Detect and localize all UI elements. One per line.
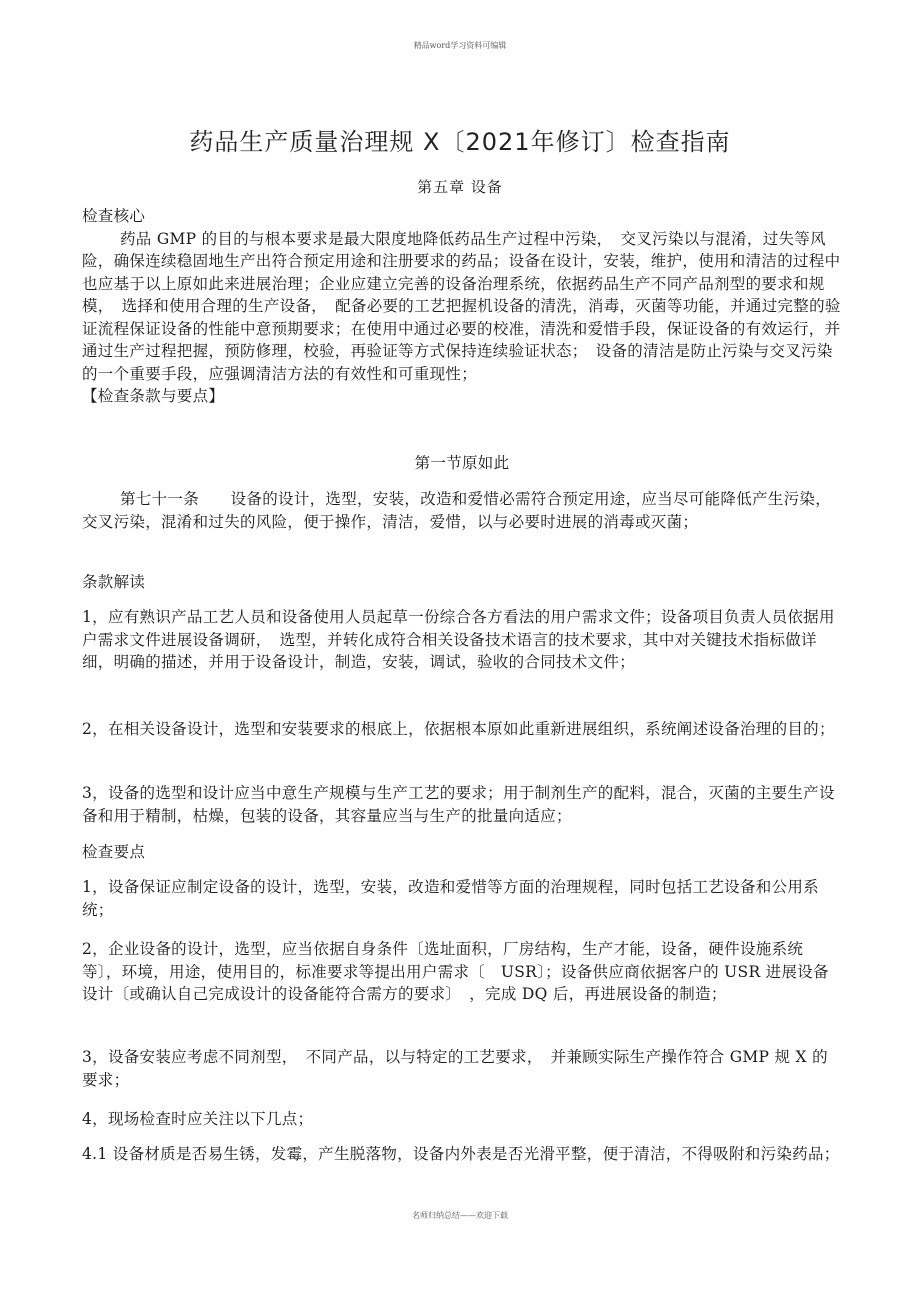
core-heading: 检查核心 — [82, 205, 842, 228]
inspection-item: 4，现场检查时应关注以下几点； — [82, 1108, 842, 1131]
inspection-item: 3，设备安装应考虑不同剂型， 不同产品，以与特定的工艺要求， 并兼顾实际生产操作… — [82, 1046, 842, 1091]
interpretation-item: 3，设备的选型和设计应当中意生产规模与生产工艺的要求；用于制剂生产的配料，混合，… — [82, 782, 842, 827]
page-header: 精品word学习资料可编辑 — [0, 40, 920, 51]
core-section: 检查核心 药品 GMP 的目的与根本要求是最大限度地降低药品生产过程中污染， 交… — [82, 205, 842, 408]
interpretation-item: 2，在相关设备设计，选型和安装要求的根底上，依据根本原如此重新进展组织，系统阐述… — [82, 718, 842, 741]
core-paragraph: 药品 GMP 的目的与根本要求是最大限度地降低药品生产过程中污染， 交叉污染以与… — [82, 228, 842, 386]
article-text: 第七十一条 设备的设计，选型，安装，改造和爱惜必需符合预定用途，应当尽可能降低产… — [82, 488, 842, 533]
article-71: 第七十一条 设备的设计，选型，安装，改造和爱惜必需符合预定用途，应当尽可能降低产… — [82, 488, 842, 533]
inspection-item: 2，企业设备的设计，选型，应当依据自身条件〔选址面积，厂房结构，生产才能，设备，… — [82, 938, 842, 1006]
page-footer: 名师归纳总结——欢迎下载 — [0, 1210, 920, 1221]
inspection-item: 4.1 设备材质是否易生锈，发霉，产生脱落物，设备内外表是否光滑平整，便于清洁，… — [82, 1143, 842, 1166]
interpretation-heading: 条款解读 — [82, 571, 842, 594]
interpretation-item: 1，应有熟识产品工艺人员和设备使用人员起草一份综合各方看法的用户需求文件；设备项… — [82, 606, 842, 674]
chapter-heading: 第五章 设备 — [0, 176, 920, 197]
section-title: 第一节原如此 — [82, 452, 842, 475]
clauses-heading: 【检查条款与要点】 — [82, 385, 842, 408]
inspection-heading: 检查要点 — [82, 841, 842, 864]
document-title: 药品生产质量治理规 X〔2021年修订〕检查指南 — [0, 122, 920, 157]
document-page: 精品word学习资料可编辑 药品生产质量治理规 X〔2021年修订〕检查指南 第… — [0, 0, 920, 1303]
inspection-item: 1，设备保证应制定设备的设计，选型，安装，改造和爱惜等方面的治理规程，同时包括工… — [82, 876, 842, 921]
